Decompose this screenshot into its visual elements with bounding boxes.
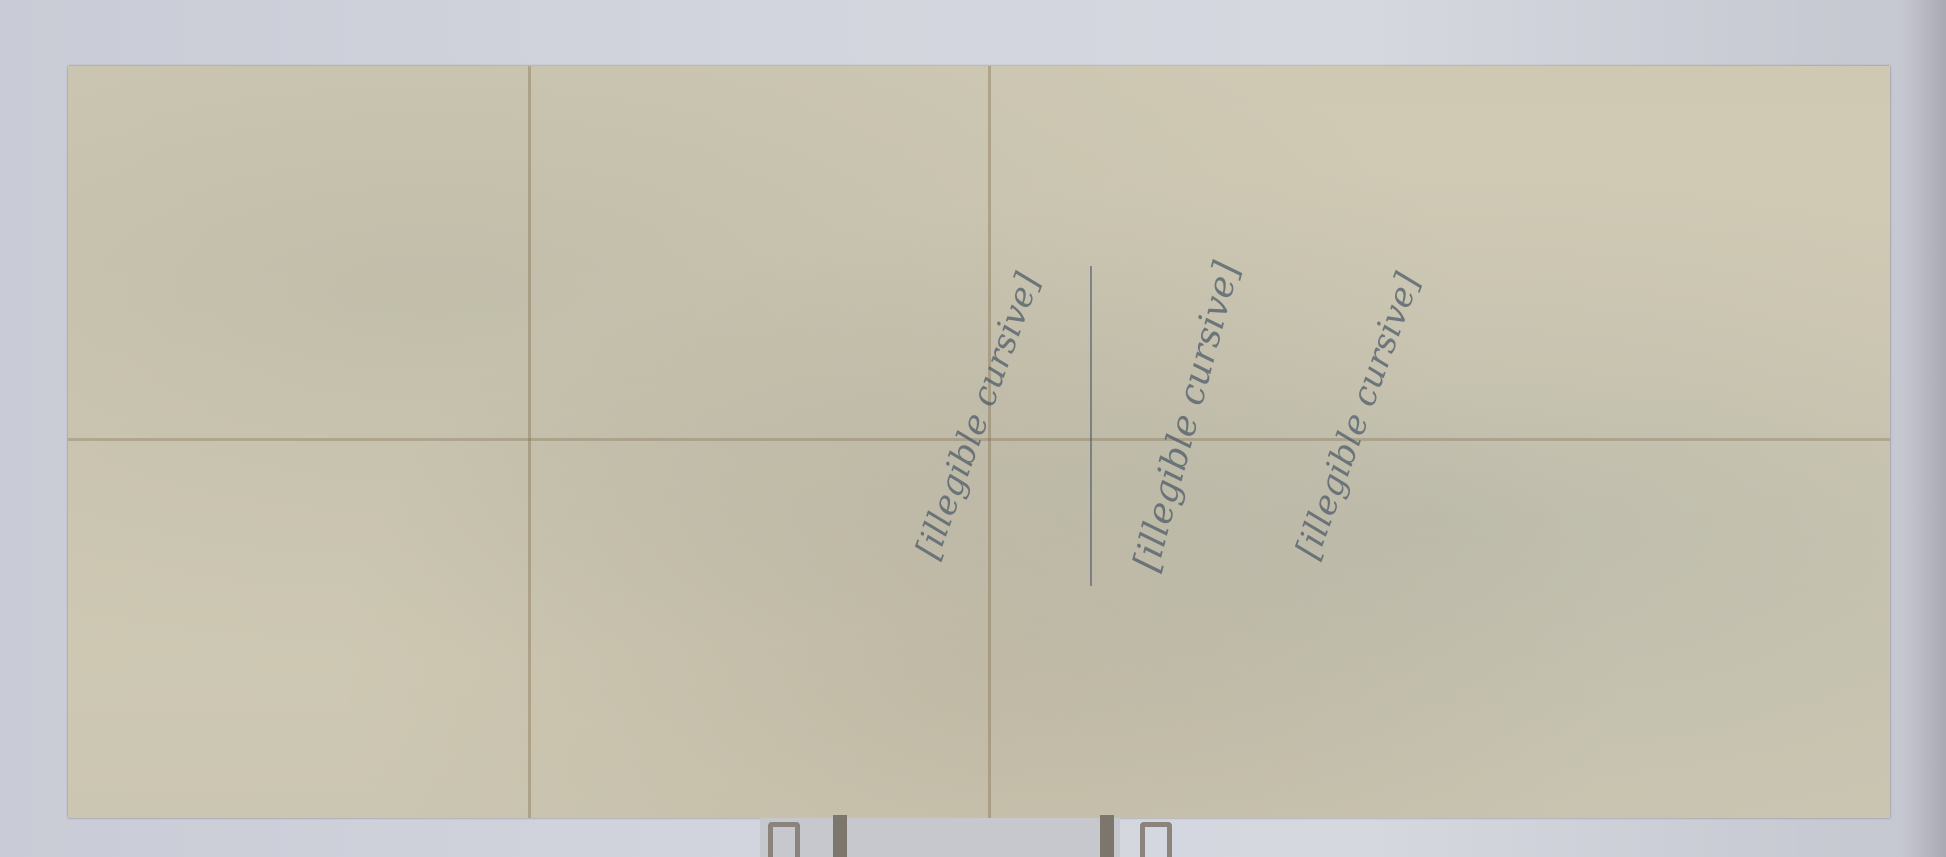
stand-post-right (1100, 815, 1114, 857)
handwriting-right: [illegible cursive] (1288, 268, 1428, 564)
stand-clip-left (768, 822, 800, 857)
vertical-fold-left (528, 66, 531, 818)
display-stand (760, 818, 1120, 857)
stand-clip-right (1140, 822, 1172, 857)
banknote-reverse: [illegible cursive] [illegible cursive] … (68, 66, 1890, 818)
stand-post-left (833, 815, 847, 857)
handwriting-left: [illegible cursive] (908, 268, 1048, 564)
pencil-stroke (1090, 266, 1092, 586)
handwriting-center: [illegible cursive] (1126, 258, 1248, 576)
